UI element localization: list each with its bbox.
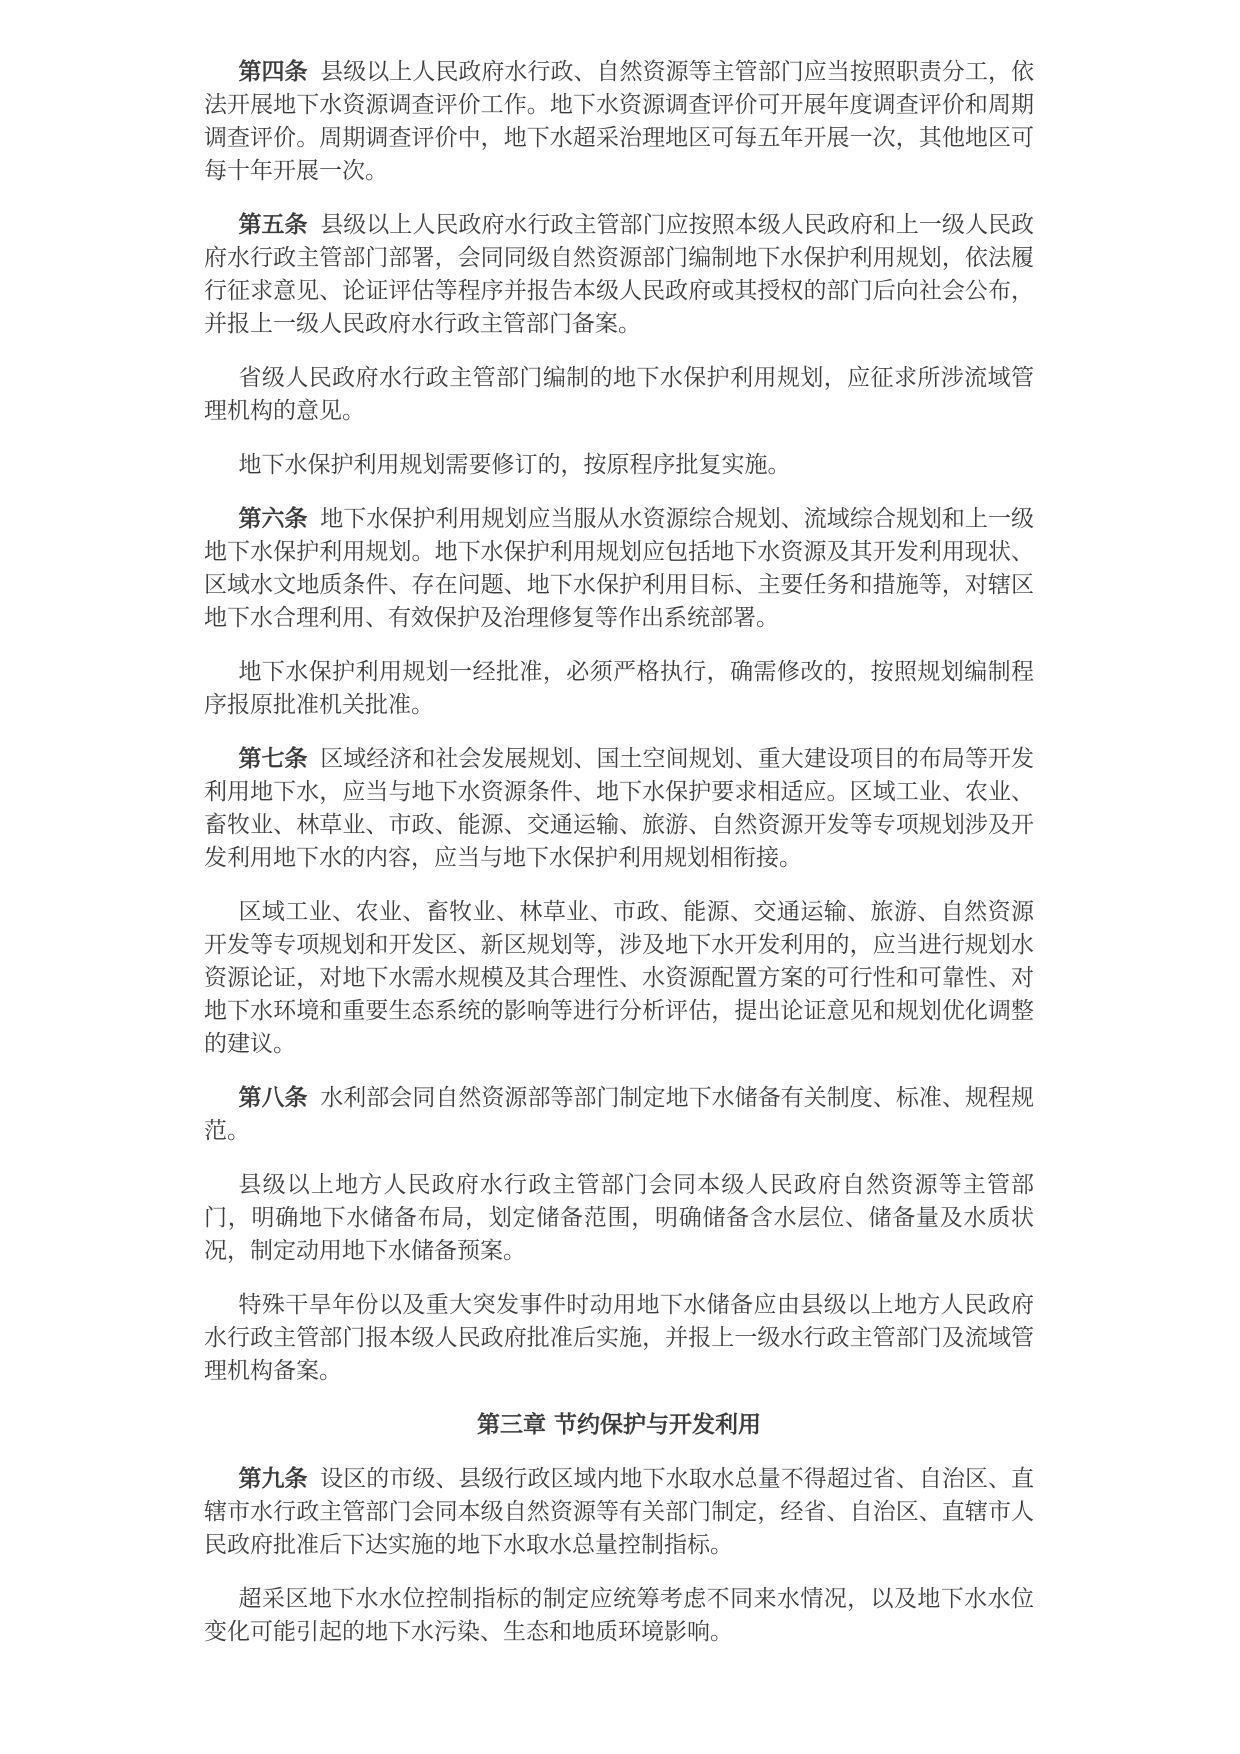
paragraph-text: 超采区地下水水位控制指标的制定应统筹考虑不同来水情况，以及地下水水位变化可能引起…: [204, 1586, 1034, 1645]
article-number: 第六条: [239, 506, 308, 532]
article-paragraph: 第八条水利部会同自然资源部等部门制定地下水储备有关制度、标准、规程规范。: [204, 1082, 1034, 1148]
paragraph-text: 县级以上人民政府水行政、自然资源等主管部门应当按照职责分工，依法开展地下水资源调…: [204, 59, 1034, 184]
body-paragraph: 地下水保护利用规划需要修订的，按原程序批复实施。: [204, 449, 1034, 482]
paragraph-text: 县级以上人民政府水行政主管部门应按照本级人民政府和上一级人民政府水行政主管部门部…: [204, 212, 1034, 337]
paragraph-text: 区域工业、农业、畜牧业、林草业、市政、能源、交通运输、旅游、自然资源开发等专项规…: [204, 899, 1034, 1057]
article-number: 第四条: [239, 59, 308, 85]
body-paragraph: 超采区地下水水位控制指标的制定应统筹考虑不同来水情况，以及地下水水位变化可能引起…: [204, 1583, 1034, 1649]
paragraph-text: 水利部会同自然资源部等部门制定地下水储备有关制度、标准、规程规范。: [204, 1085, 1034, 1144]
paragraph-text: 地下水保护利用规划需要修订的，按原程序批复实施。: [239, 452, 791, 478]
article-number: 第七条: [239, 746, 308, 772]
paragraph-text: 设区的市级、县级行政区域内地下水取水总量不得超过省、自治区、直辖市水行政主管部门…: [204, 1466, 1034, 1558]
body-paragraph: 地下水保护利用规划一经批准，必须严格执行，确需修改的，按照规划编制程序报原批准机…: [204, 656, 1034, 722]
body-paragraph: 区域工业、农业、畜牧业、林草业、市政、能源、交通运输、旅游、自然资源开发等专项规…: [204, 896, 1034, 1061]
paragraph-text: 地下水保护利用规划应当服从水资源综合规划、流域综合规划和上一级地下水保护利用规划…: [204, 506, 1034, 631]
article-paragraph: 第四条县级以上人民政府水行政、自然资源等主管部门应当按照职责分工，依法开展地下水…: [204, 56, 1034, 188]
article-number: 第八条: [239, 1085, 308, 1111]
document-body: 第四条县级以上人民政府水行政、自然资源等主管部门应当按照职责分工，依法开展地下水…: [204, 56, 1034, 1670]
article-number: 第九条: [239, 1466, 308, 1492]
article-paragraph: 第九条设区的市级、县级行政区域内地下水取水总量不得超过省、自治区、直辖市水行政主…: [204, 1463, 1034, 1562]
paragraph-text: 省级人民政府水行政主管部门编制的地下水保护利用规划，应征求所涉流域管理机构的意见…: [204, 365, 1034, 424]
body-paragraph: 县级以上地方人民政府水行政主管部门会同本级人民政府自然资源等主管部门，明确地下水…: [204, 1169, 1034, 1268]
paragraph-text: 区域经济和社会发展规划、国土空间规划、重大建设项目的布局等开发利用地下水，应当与…: [204, 746, 1034, 871]
body-paragraph: 特殊干旱年份以及重大突发事件时动用地下水储备应由县级以上地方人民政府水行政主管部…: [204, 1289, 1034, 1388]
article-paragraph: 第五条县级以上人民政府水行政主管部门应按照本级人民政府和上一级人民政府水行政主管…: [204, 209, 1034, 341]
chapter-heading: 第三章 节约保护与开发利用: [204, 1409, 1034, 1442]
body-paragraph: 省级人民政府水行政主管部门编制的地下水保护利用规划，应征求所涉流域管理机构的意见…: [204, 362, 1034, 428]
paragraph-text: 县级以上地方人民政府水行政主管部门会同本级人民政府自然资源等主管部门，明确地下水…: [204, 1172, 1034, 1264]
article-paragraph: 第七条区域经济和社会发展规划、国土空间规划、重大建设项目的布局等开发利用地下水，…: [204, 743, 1034, 875]
paragraph-text: 地下水保护利用规划一经批准，必须严格执行，确需修改的，按照规划编制程序报原批准机…: [204, 659, 1034, 718]
article-paragraph: 第六条地下水保护利用规划应当服从水资源综合规划、流域综合规划和上一级地下水保护利…: [204, 503, 1034, 635]
paragraph-text: 特殊干旱年份以及重大突发事件时动用地下水储备应由县级以上地方人民政府水行政主管部…: [204, 1292, 1034, 1384]
document-page: 第四条县级以上人民政府水行政、自然资源等主管部门应当按照职责分工，依法开展地下水…: [0, 0, 1240, 1754]
article-number: 第五条: [239, 212, 308, 238]
